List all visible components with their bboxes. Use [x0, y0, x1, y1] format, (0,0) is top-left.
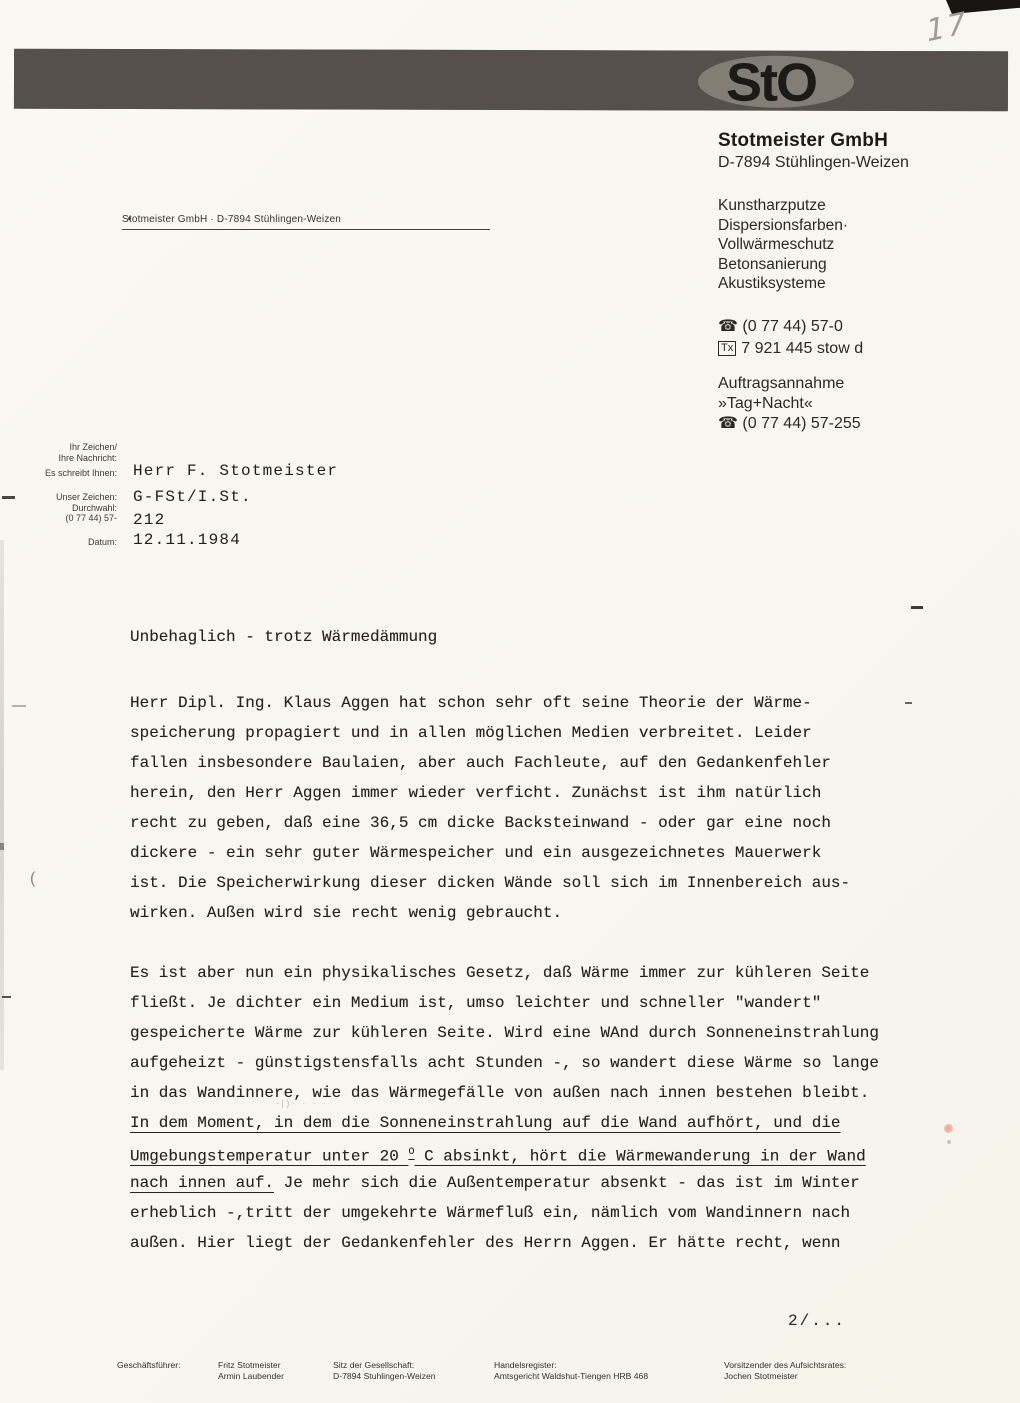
body-line: nach innen auf. Je mehr sich die Außente…: [130, 1168, 930, 1198]
sto-logo: StO: [726, 53, 816, 112]
body-paragraph-1: Herr Dipl. Ing. Klaus Aggen hat schon se…: [130, 688, 930, 928]
label-writer: Es schreibt Ihnen:: [0, 468, 117, 479]
body-line: wirken. Außen wird sie recht wenig gebra…: [130, 898, 930, 928]
scan-speck: [947, 1140, 951, 1144]
telex-row: Tx7 921 445 stow d: [718, 338, 958, 360]
body-line: speicherung propagiert und in allen mögl…: [130, 718, 930, 748]
service-item: Betonsanierung: [718, 255, 958, 275]
margin-mark: (: [30, 870, 35, 888]
body-paragraph-2: Es ist aber nun ein physikalisches Geset…: [130, 958, 930, 1258]
label-our-reference: Unser Zeichen: Durchwahl: (0 77 44) 57-: [0, 492, 117, 524]
our-reference-value: G-FSt/I.St.: [133, 488, 252, 506]
footer-col-managing-directors-label: Geschäftsführer:: [117, 1360, 181, 1371]
label-date: Datum:: [0, 537, 117, 548]
body-line: gespeicherte Wärme zur kühleren Seite. W…: [130, 1018, 930, 1048]
body-line: Es ist aber nun ein physikalisches Geset…: [130, 958, 930, 988]
telex-number: 7 921 445 stow d: [741, 340, 863, 357]
letterhead-company-block: Stotmeister GmbH D-7894 Stühlingen-Weize…: [718, 130, 958, 434]
phone-icon: ☎: [718, 415, 738, 432]
body-line: Herr Dipl. Ing. Klaus Aggen hat schon se…: [130, 688, 930, 718]
handwritten-page-mark: 17: [925, 6, 970, 50]
margin-mark: [911, 606, 923, 609]
body-line: außen. Hier liegt der Gedankenfehler des…: [130, 1228, 930, 1258]
body-line: fließt. Je dichter ein Medium ist, umso …: [130, 988, 930, 1018]
banner-noise-graphic: StO: [14, 49, 1008, 112]
service-item: Kunstharzputze: [718, 196, 958, 216]
service-item: Dispersionsfarben·: [718, 216, 958, 236]
date-value: 12.11.1984: [133, 531, 241, 549]
company-name: Stotmeister GmbH: [718, 130, 958, 152]
letterhead-banner: StO: [14, 49, 1008, 112]
company-city: D-7894 Stühlingen-Weizen: [718, 154, 958, 172]
order-line: Auftragsannahme: [718, 374, 958, 394]
margin-mark: [2, 996, 11, 998]
body-line: fallen insbesondere Baulaien, aber auch …: [130, 748, 930, 778]
scan-edge-shadow: [0, 540, 4, 1070]
body-line: recht zu geben, daß eine 36,5 cm dicke B…: [130, 808, 930, 838]
body-line: ist. Die Speicherwirkung dieser dicken W…: [130, 868, 930, 898]
company-services-list: KunstharzputzeDispersionsfarben·Vollwärm…: [718, 196, 958, 294]
telex-icon: Tx: [718, 341, 736, 356]
dial-extension-value: 212: [133, 511, 165, 529]
footer-col-managing-directors: Fritz Stotmeister Armin Laubender: [218, 1360, 284, 1382]
body-line: In dem Moment, in dem die Sonneneinstrah…: [130, 1108, 930, 1138]
margin-mark: [0, 843, 4, 850]
order-service-block: Auftragsannahme »Tag+Nacht« ☎ (0 77 44) …: [718, 374, 958, 434]
service-item: Akustiksysteme: [718, 274, 958, 294]
body-line: herein, den Herr Aggen immer wieder verf…: [130, 778, 930, 808]
ink-smudge: [944, 1124, 953, 1133]
margin-mark: [12, 705, 26, 707]
subject-line: Unbehaglich - trotz Wärmedämmung: [130, 628, 930, 646]
label-your-reference: Ihr Zeichen/ Ihre Nachricht:: [0, 442, 117, 463]
service-item: Vollwärmeschutz: [718, 235, 958, 255]
body-line: in das Wandinnere, wie das Wärmegefälle …: [130, 1078, 930, 1108]
phone-icon: ☎: [718, 318, 738, 335]
footer-col-trade-register: Handelsregister: Amtsgericht Waldshut-Ti…: [494, 1360, 648, 1382]
sender-address-line: Stotmeister GmbH · D-7894 Stühlingen-Wei…: [122, 214, 490, 230]
order-line: »Tag+Nacht«: [718, 394, 958, 414]
body-line: Umgebungstemperatur unter 20 O C absinkt…: [130, 1138, 930, 1168]
page-continuation-mark: 2/...: [788, 1312, 846, 1330]
body-line: erheblich -,tritt der umgekehrte Wärmefl…: [130, 1198, 930, 1228]
letter-page: 17 ( ·|)· · · · StO Stotmeister GmbH D-7…: [0, 0, 1020, 1403]
body-line: aufgeheizt - günstigstensfalls acht Stun…: [130, 1048, 930, 1078]
phone-row: ☎ (0 77 44) 57-0: [718, 316, 958, 338]
body-line: dickere - ein sehr guter Wärmespeicher u…: [130, 838, 930, 868]
phone-number: (0 77 44) 57-0: [742, 318, 843, 335]
order-phone-number: (0 77 44) 57-255: [742, 415, 860, 432]
footer-col-registered-office: Sitz der Gesellschaft: D-7894 Stuhlingen…: [333, 1360, 436, 1382]
writer-name: Herr F. Stotmeister: [133, 462, 338, 480]
order-phone-row: ☎ (0 77 44) 57-255: [718, 414, 958, 434]
footer-col-supervisory-board: Vorsitzender des Aufsichtsrates: Jochen …: [724, 1360, 846, 1382]
company-contact-block: ☎ (0 77 44) 57-0 Tx7 921 445 stow d: [718, 316, 958, 360]
